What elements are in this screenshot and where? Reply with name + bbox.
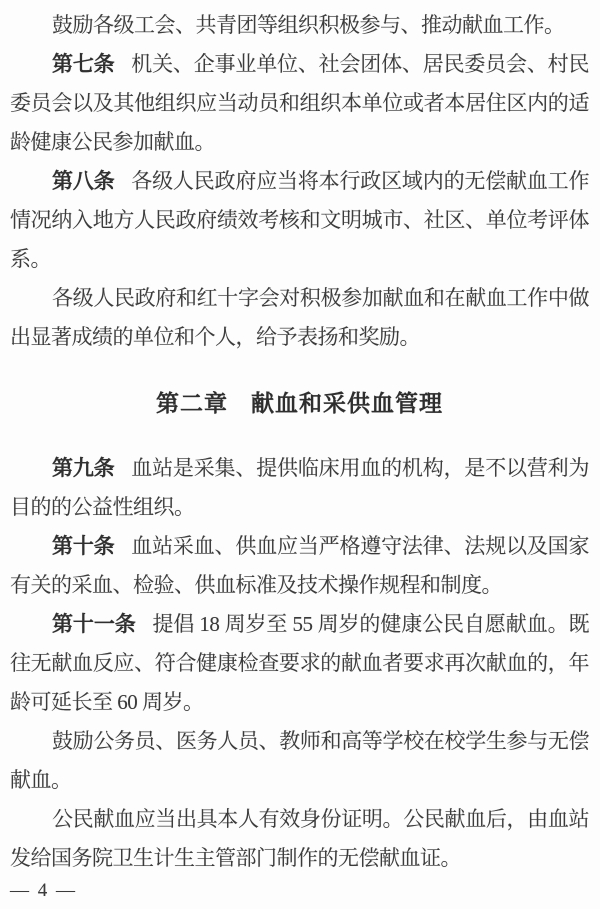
article-label: 第九条 [52, 457, 114, 480]
paragraph-article-8: 第八条各级人民政府应当将本行政区域内的无偿献血工作情况纳入地方人民政府绩效考核和… [10, 162, 589, 279]
article-label: 第七条 [52, 53, 114, 76]
article-label: 第十一条 [52, 613, 136, 636]
paragraph: 各级人民政府和红十字会对积极参加献血和在献血工作中做出显著成绩的单位和个人，给予… [10, 279, 589, 357]
document-page: 鼓励各级工会、共青团等组织积极参与、推动献血工作。 第七条机关、企事业单位、社会… [0, 0, 600, 909]
chapter-heading: 第二章献血和采供血管理 [10, 381, 589, 425]
paragraph-article-9: 第九条血站是采集、提供临床用血的机构，是不以营利为目的的公益性组织。 [10, 449, 589, 527]
page-number: — 4 — [10, 882, 589, 900]
paragraph-text: 公民献血应当出具本人有效身份证明。公民献血后，由血站发给国务院卫生计生主管部门制… [10, 807, 589, 870]
article-label: 第八条 [52, 170, 114, 193]
paragraph: 公民献血应当出具本人有效身份证明。公民献血后，由血站发给国务院卫生计生主管部门制… [10, 800, 589, 878]
paragraph: 鼓励公务员、医务人员、教师和高等学校在校学生参与无偿献血。 [10, 722, 589, 800]
paragraph-article-7: 第七条机关、企事业单位、社会团体、居民委员会、村民委员会以及其他组织应当动员和组… [10, 45, 589, 162]
paragraph-article-10: 第十条血站采血、供血应当严格遵守法律、法规以及国家有关的采血、检验、供血标准及技… [10, 527, 589, 605]
paragraph: 鼓励各级工会、共青团等组织积极参与、推动献血工作。 [10, 6, 589, 45]
paragraph-text: 各级人民政府和红十字会对积极参加献血和在献血工作中做出显著成绩的单位和个人，给予… [10, 286, 589, 349]
paragraph-text: 鼓励公务员、医务人员、教师和高等学校在校学生参与无偿献血。 [10, 729, 589, 792]
chapter-title: 献血和采供血管理 [251, 390, 443, 416]
paragraph-text: 鼓励各级工会、共青团等组织积极参与、推动献血工作。 [52, 13, 565, 37]
paragraph-article-11: 第十一条提倡 18 周岁至 55 周岁的健康公民自愿献血。既往无献血反应、符合健… [10, 605, 589, 722]
chapter-number: 第二章 [156, 390, 228, 416]
article-label: 第十条 [52, 535, 114, 558]
